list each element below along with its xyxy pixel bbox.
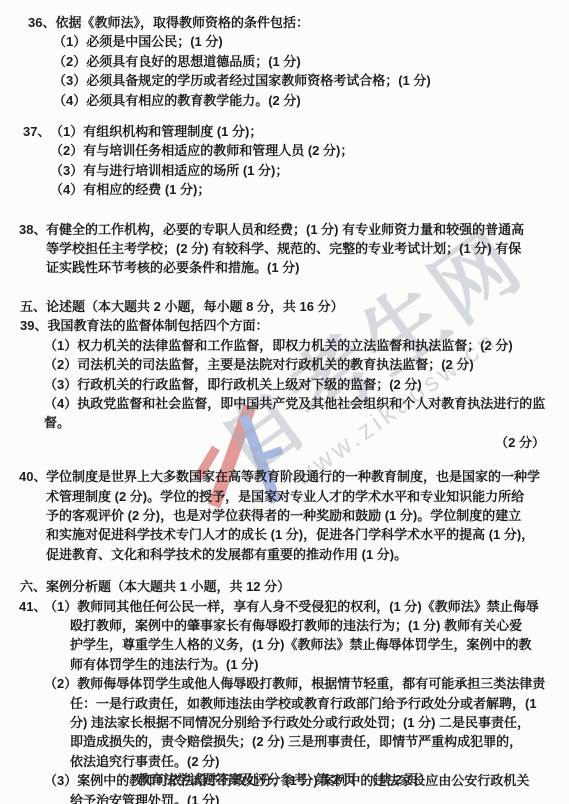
question-36: 36、依据《教师法》，取得教师资格的条件包括： （1）必须是中国公民；(1 分)…: [28, 13, 569, 110]
page-footer: 教育法学试题答案及评分参考第 2 页（共 2 页）: [0, 770, 569, 789]
question-36-items: （1）必须是中国公民；(1 分) （2）必须具有良好的思想道德品质；(1 分) …: [53, 32, 569, 110]
answer-item: （4）有相应的经费 (1 分)；: [50, 180, 569, 199]
question-36-stem-line: 36、依据《教师法》，取得教师资格的条件包括：: [28, 13, 569, 32]
trailing-score: （2 分）: [20, 433, 569, 452]
answer-item: （3）必须具备规定的学历或者经过国家教师资格考试合格；(1 分): [53, 71, 569, 90]
question-40-number: 40、: [19, 467, 46, 486]
answer-item: （2）必须具有良好的思想道德品质；(1 分): [53, 52, 569, 71]
question-36-stem: 依据《教师法》，取得教师资格的条件包括：: [55, 15, 309, 30]
answer-item: （2）有与培训任务相适应的教师和管理人员 (2 分)；: [50, 141, 569, 160]
question-39-stem: 我国教育法的监督体制包括四个方面：: [47, 318, 268, 333]
footer-page-number: 第 2 页: [316, 772, 356, 787]
question-40: 40、 学位制度是世界上大多数国家在高等教育阶段通行的一种教育制度，也是国家的一…: [46, 467, 569, 564]
answer-item: （2）司法机关的司法监督，主要是法院对行政机关的教育执法监督；(2 分): [44, 355, 569, 374]
question-37: 37、 （1）有组织机构和管理制度 (1 分)； （2）有与培训任务相适应的教师…: [50, 122, 569, 200]
answer-item: （3）有与进行培训相适应的场所 (1 分)；: [50, 161, 569, 180]
answer-item: （1）必须是中国公民；(1 分): [53, 32, 569, 51]
answer-item: （1）权力机关的法律监督和工作监督，即权力机关的立法监督和执法监督；(2 分): [44, 336, 569, 355]
footer-page-total: （共 2 页）: [365, 772, 431, 787]
question-39: 39、我国教育法的监督体制包括四个方面： （1）权力机关的法律监督和工作监督，即…: [20, 316, 569, 452]
answer-item: （2）教师侮辱体罚学生或他人侮辱殴打教师，根据情节轻重，都有可能承担三类法律责 …: [70, 674, 569, 771]
question-36-number: 36、: [28, 15, 55, 30]
question-41-number: 41、: [19, 597, 46, 616]
question-38-number: 38、: [19, 220, 46, 239]
answer-sheet-content: 36、依据《教师法》，取得教师资格的条件包括： （1）必须是中国公民；(1 分)…: [0, 0, 569, 804]
section-6-heading: 六、案例分析题（本大题共 1 小题，共 12 分）: [20, 577, 569, 596]
footer-document-title: 教育法学试题答案及评分参考: [138, 772, 307, 787]
question-39-items: （1）权力机关的法律监督和工作监督，即权力机关的立法监督和执法监督；(2 分) …: [44, 336, 569, 433]
answer-text: 有健全的工作机构，必要的专职人员和经费；(1 分) 有专业师资力量和较强的普通高…: [46, 220, 569, 278]
question-39-number: 39、: [20, 318, 47, 333]
answer-item: （3）行政机关的行政监督，即行政机关上级对下级的监督；(2 分): [44, 375, 569, 394]
answer-item: （1）教师同其他任何公民一样，享有人身不受侵犯的权利，(1 分)《教师法》禁止侮…: [70, 597, 569, 675]
answer-text: 学位制度是世界上大多数国家在高等教育阶段通行的一种教育制度，也是国家的一种学 术…: [46, 467, 569, 564]
question-39-stem-line: 39、我国教育法的监督体制包括四个方面：: [20, 316, 569, 335]
answer-item: （4）必须具有相应的教育教学能力。(2 分): [53, 91, 569, 110]
document-page: 自考生网 www.zikaosw.cn 36、依据《教师法》，取得教师资格的条件…: [0, 0, 569, 804]
answer-item: （1）有组织机构和管理制度 (1 分)；: [50, 122, 569, 141]
section-5-heading: 五、论述题（本大题共 2 小题，每小题 8 分，共 16 分）: [20, 297, 569, 316]
question-37-number: 37、: [23, 122, 50, 141]
question-38: 38、 有健全的工作机构，必要的专职人员和经费；(1 分) 有专业师资力量和较强…: [46, 220, 569, 278]
answer-item: （4）执政党监督和社会监督，即中国共产党及其他社会组织和个人对教育执法进行的监督…: [44, 394, 569, 433]
